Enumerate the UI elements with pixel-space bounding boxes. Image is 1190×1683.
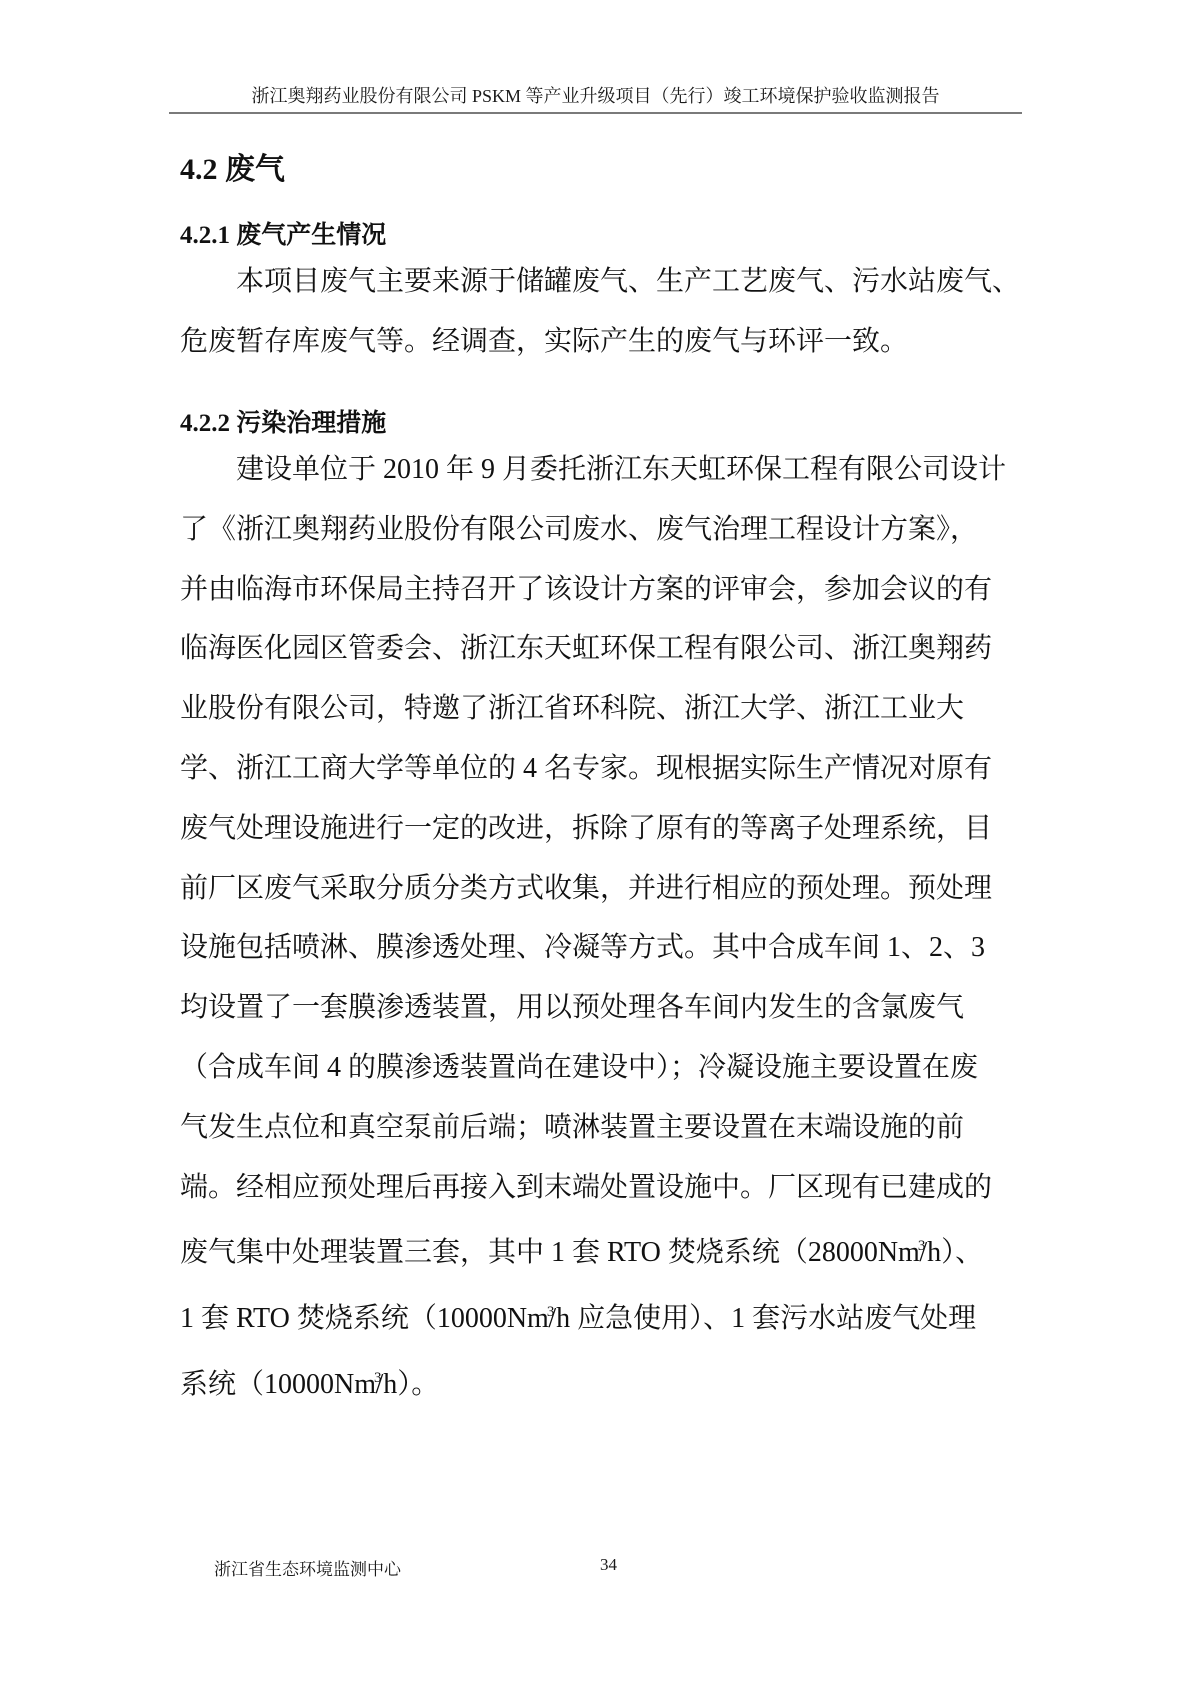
text-line: 均设置了一套膜渗透装置，用以预处理各车间内发生的含氯废气 [180, 978, 1025, 1038]
text-line: 气发生点位和真空泵前后端；喷淋装置主要设置在末端设施的前 [180, 1098, 1025, 1158]
text-line: 临海医化园区管委会、浙江东天虹环保工程有限公司、浙江奥翔药 [180, 619, 1025, 679]
text-line: 废气处理设施进行一定的改进，拆除了原有的等离子处理系统，目 [180, 799, 1025, 859]
text-line: 设施包括喷淋、膜渗透处理、冷凝等方式。其中合成车间 1、2、3 [180, 918, 1025, 978]
text-line: 本项目废气主要来源于储罐废气、生产工艺废气、污水站废气、 [180, 252, 1025, 312]
text-line: （合成车间 4 的膜渗透装置尚在建设中）；冷凝设施主要设置在废 [180, 1038, 1025, 1098]
text-segment: /h 应急使用）、1 套污水站废气处理 [548, 1303, 976, 1334]
paragraph-treatment-measures: 建设单位于 2010 年 9 月委托浙江东天虹环保工程有限公司设计 了《浙江奥翔… [180, 440, 1025, 1415]
text-line: 废气集中处理装置三套，其中 1 套 RTO 焚烧系统（28000Nm3/h）、 [180, 1217, 1025, 1283]
text-segment: /h）、 [919, 1237, 983, 1268]
page-number: 34 [600, 1555, 617, 1575]
header-rule [169, 112, 1022, 114]
text-segment: /h）。 [376, 1369, 440, 1400]
text-line: 并由临海市环保局主持召开了该设计方案的评审会，参加会议的有 [180, 560, 1025, 620]
text-line: 1 套 RTO 焚烧系统（10000Nm3/h 应急使用）、1 套污水站废气处理 [180, 1283, 1025, 1349]
text-line: 端。经相应预处理后再接入到末端处置设施中。厂区现有已建成的 [180, 1158, 1025, 1218]
text-line: 学、浙江工商大学等单位的 4 名专家。现根据实际生产情况对原有 [180, 739, 1025, 799]
paragraph-emission-sources: 本项目废气主要来源于储罐废气、生产工艺废气、污水站废气、 危废暂存库废气等。经调… [180, 252, 1025, 372]
text-segment: 系统（10000Nm [180, 1369, 376, 1400]
text-segment: 1 套 RTO 焚烧系统（10000Nm [180, 1303, 549, 1334]
text-line: 了《浙江奥翔药业股份有限公司废水、废气治理工程设计方案》， [180, 500, 1025, 560]
text-line: 业股份有限公司，特邀了浙江省环科院、浙江大学、浙江工业大 [180, 679, 1025, 739]
subsection-heading-4-2-2: 4.2.2 污染治理措施 [180, 406, 386, 442]
section-heading: 4.2 废气 [180, 150, 285, 190]
subsection-heading-4-2-1: 4.2.1 废气产生情况 [180, 218, 386, 254]
running-header: 浙江奥翔药业股份有限公司 PSKM 等产业升级项目（先行）竣工环境保护验收监测报… [169, 82, 1022, 108]
text-line: 建设单位于 2010 年 9 月委托浙江东天虹环保工程有限公司设计 [180, 440, 1025, 500]
text-line: 前厂区废气采取分质分类方式收集，并进行相应的预处理。预处理 [180, 859, 1025, 919]
text-line: 系统（10000Nm3/h）。 [180, 1349, 1025, 1415]
text-segment: 废气集中处理装置三套，其中 1 套 RTO 焚烧系统（28000Nm [180, 1237, 920, 1268]
text-line: 危废暂存库废气等。经调查，实际产生的废气与环评一致。 [180, 312, 1025, 372]
footer-organization: 浙江省生态环境监测中心 [214, 1555, 401, 1580]
